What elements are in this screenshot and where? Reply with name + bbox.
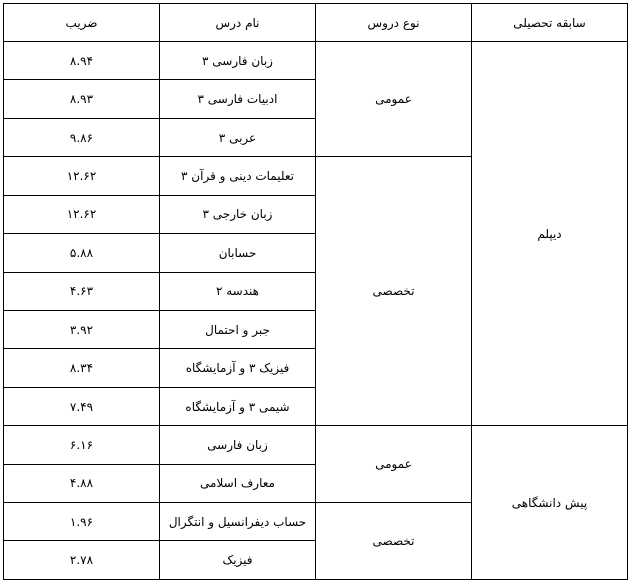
course-name: جبر و احتمال [160, 310, 316, 348]
type-cell: عمومی [316, 42, 472, 157]
course-coef: ۹.۸۶ [4, 118, 160, 156]
history-cell: پیش دانشگاهی [472, 426, 628, 580]
type-cell: عمومی [316, 426, 472, 503]
course-coef: ۶.۱۶ [4, 426, 160, 464]
course-coef: ۱۲.۶۲ [4, 157, 160, 195]
header-coef: ضریب [4, 4, 160, 42]
course-name: حساب دیفرانسیل و انتگرال [160, 503, 316, 541]
course-coef: ۲.۷۸ [4, 541, 160, 580]
course-name: هندسه ۲ [160, 272, 316, 310]
history-cell: دیپلم [472, 42, 628, 426]
course-coef: ۸.۹۴ [4, 42, 160, 80]
course-coef: ۴.۸۸ [4, 464, 160, 502]
header-row: سابقه تحصیلی نوع دروس نام درس ضریب [4, 4, 628, 42]
table-row: دیپلم عمومی زبان فارسی ۳ ۸.۹۴ [4, 42, 628, 80]
course-coef: ۸.۹۳ [4, 80, 160, 118]
course-name: حسابان [160, 234, 316, 272]
course-name: شیمی ۳ و آزمایشگاه [160, 387, 316, 425]
course-coef: ۳.۹۲ [4, 310, 160, 348]
course-name: معارف اسلامی [160, 464, 316, 502]
course-coef: ۱۲.۶۲ [4, 195, 160, 233]
course-name: عربی ۳ [160, 118, 316, 156]
course-coef: ۸.۳۴ [4, 349, 160, 387]
course-coefficient-table: سابقه تحصیلی نوع دروس نام درس ضریب دیپلم… [3, 3, 628, 580]
course-name: تعلیمات دینی و قرآن ۳ [160, 157, 316, 195]
course-coef: ۵.۸۸ [4, 234, 160, 272]
course-coef: ۷.۴۹ [4, 387, 160, 425]
type-cell: تخصصی [316, 157, 472, 426]
header-name: نام درس [160, 4, 316, 42]
course-name: زبان فارسی ۳ [160, 42, 316, 80]
course-name: فیزیک ۳ و آزمایشگاه [160, 349, 316, 387]
course-coef: ۴.۶۳ [4, 272, 160, 310]
course-name: زبان فارسی [160, 426, 316, 464]
type-cell: تخصصی [316, 503, 472, 580]
course-name: فیزیک [160, 541, 316, 580]
course-name: زبان خارجی ۳ [160, 195, 316, 233]
table-row: پیش دانشگاهی عمومی زبان فارسی ۶.۱۶ [4, 426, 628, 464]
header-history: سابقه تحصیلی [472, 4, 628, 42]
header-type: نوع دروس [316, 4, 472, 42]
course-name: ادبیات فارسی ۳ [160, 80, 316, 118]
course-coef: ۱.۹۶ [4, 503, 160, 541]
